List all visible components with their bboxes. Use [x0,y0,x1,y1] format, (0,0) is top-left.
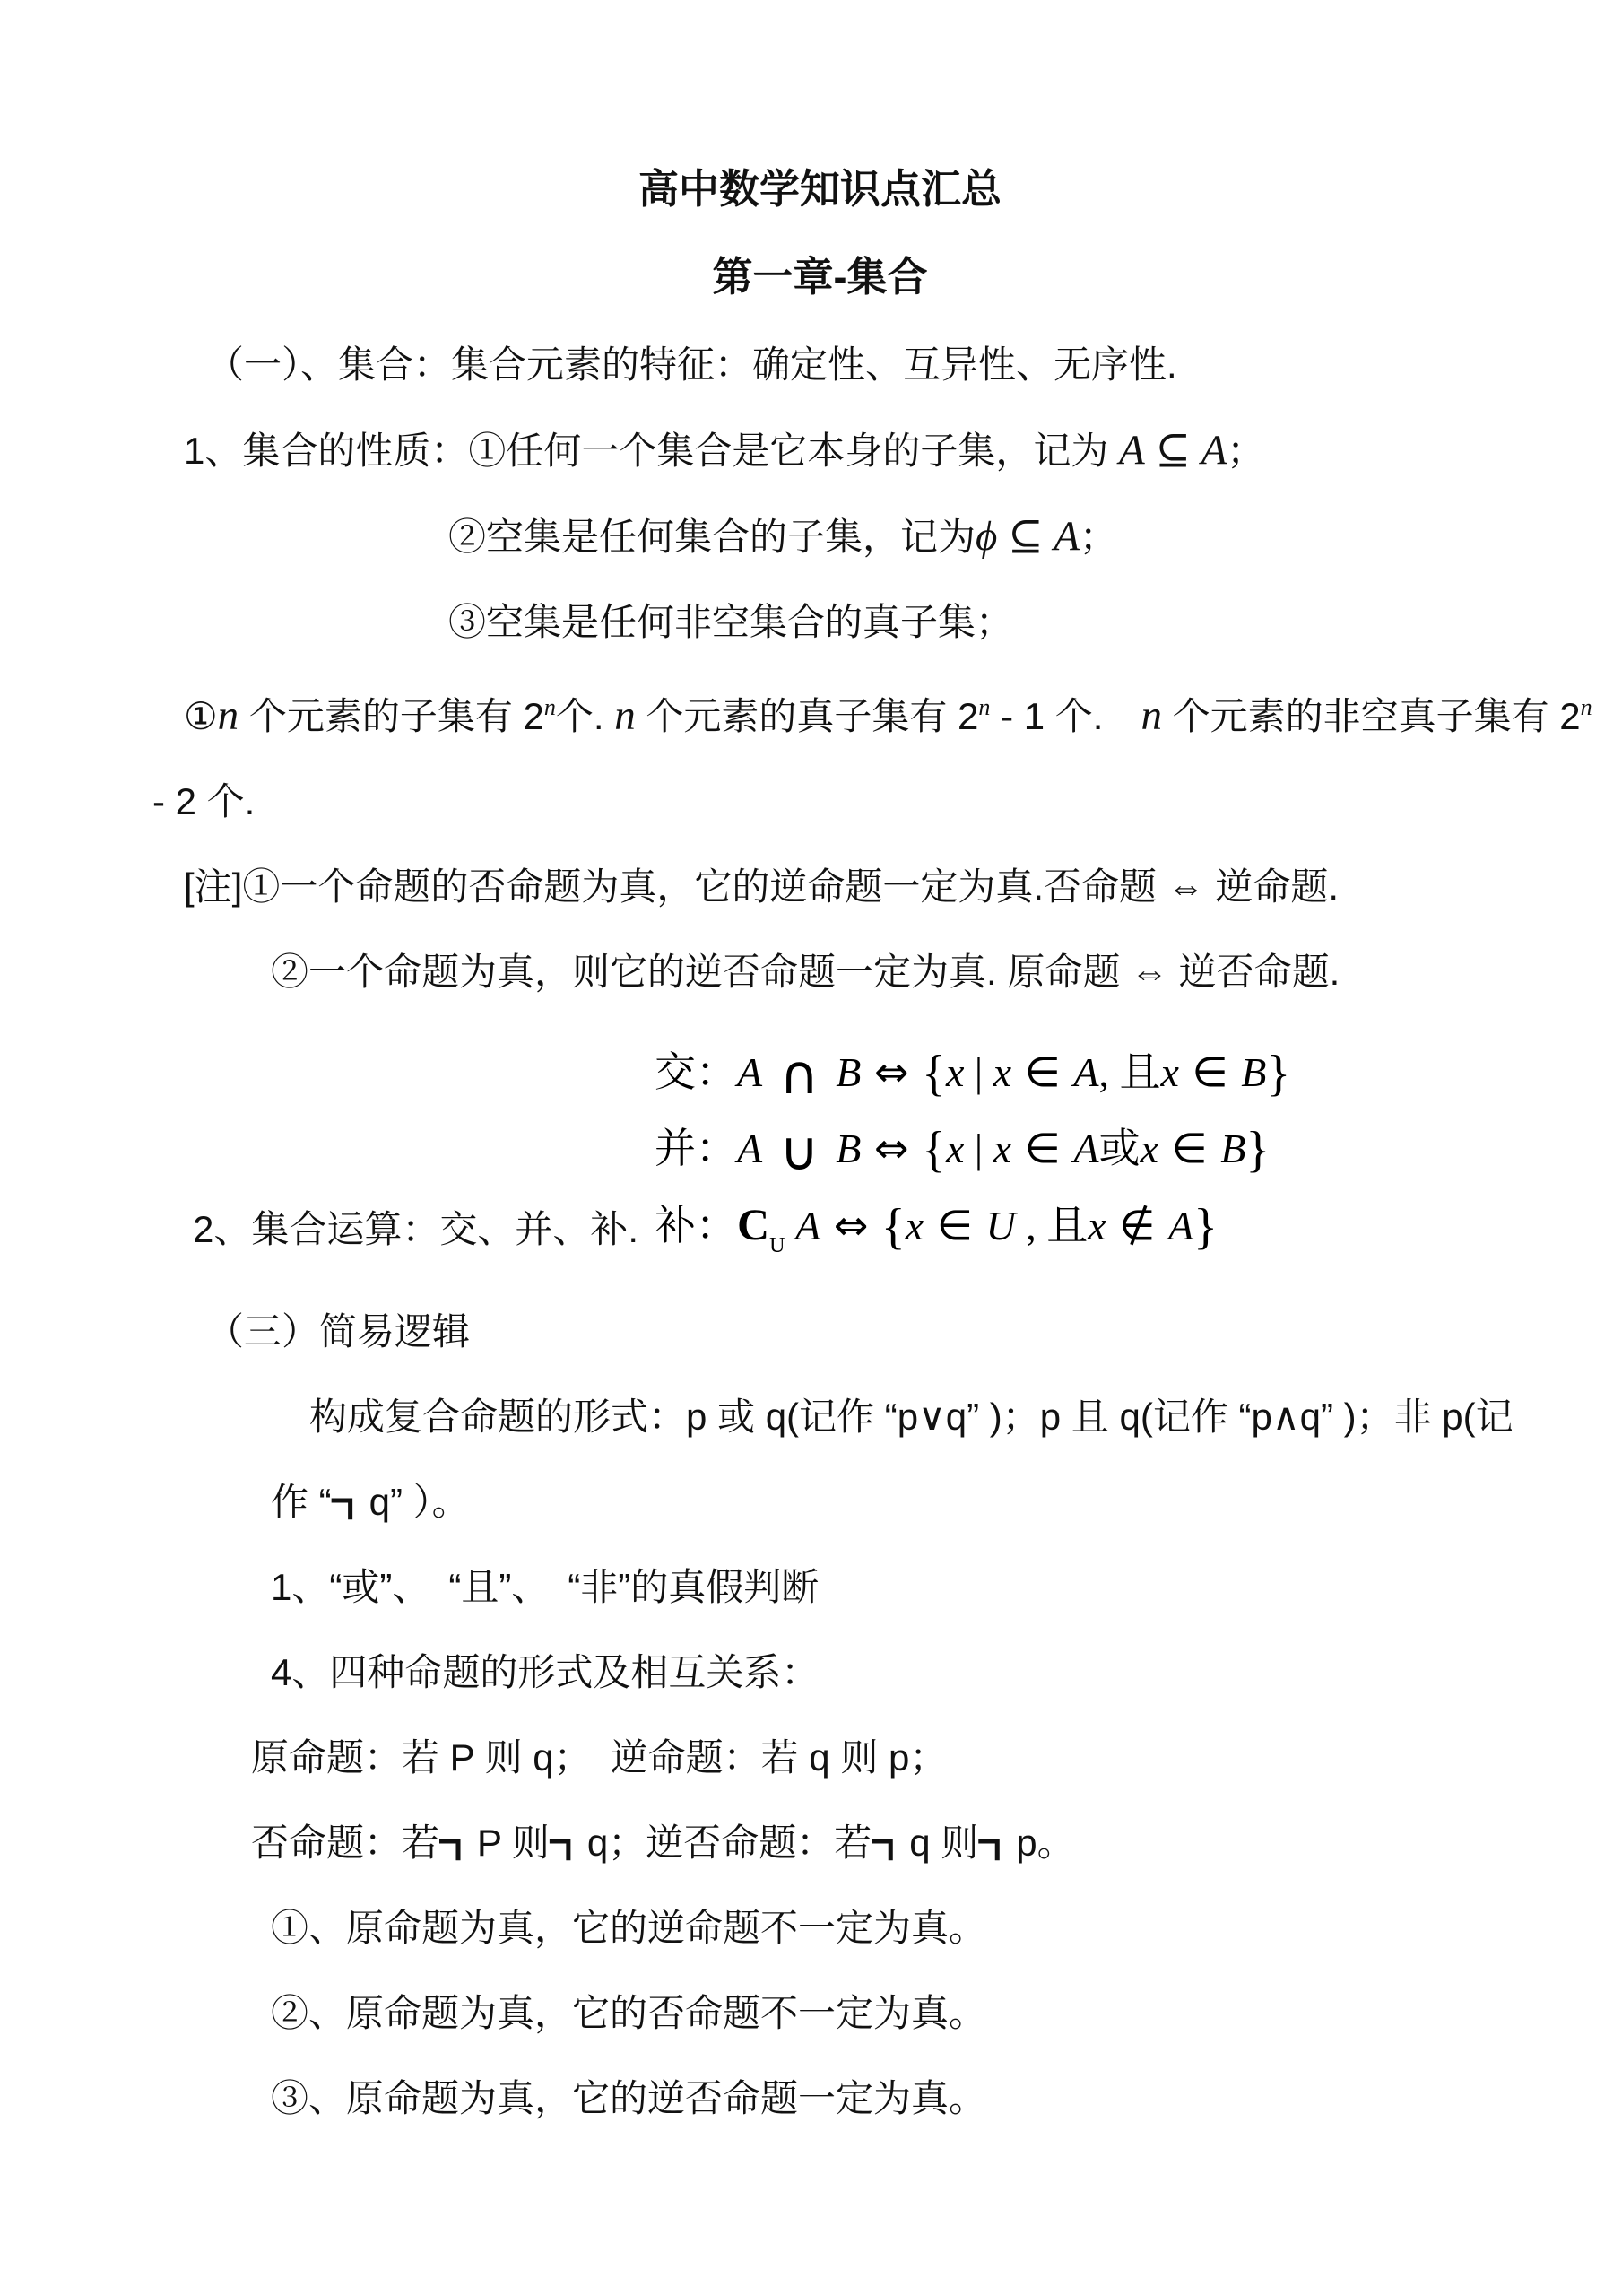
paragraph-subset-counts: ①n 个元素的子集有 2n个. n 个元素的真子集有 2n - 1 个. n 个… [117,684,1523,740]
paragraph-note-1: [注]①一个命题的否命题为真，它的逆命题一定为真.否命题 ⇔ 逆命题. [117,864,1523,910]
paragraph-set-property-2: ②空集是任何集合的子集，记为ϕ ⊆ A； [117,513,1523,561]
paragraph-original-converse: 原命题：若 P 则 q； 逆命题：若 q 则 p； [117,1735,1523,1781]
paragraph-negative-contrapositive: 否命题：若┓P 则┓q；逆否命题：若┓q 则┓p。 [117,1820,1523,1866]
paragraph-four-propositions: 4、四种命题的形式及相互关系： [117,1649,1523,1696]
set-operations-formulas: 交：A ∩ B ⇔ {x | x ∈ A, 且x ∈ B} 并：A ∪ B ⇔ … [655,1034,1290,1283]
document-page: 高中数学知识点汇总 第一章-集合 （一）、集合：集合元素的特征：确定性、互异性、… [0,0,1622,2296]
paragraph-truth-judgement: 1、“或”、 “且”、 “非”的真假判断 [117,1564,1523,1611]
paragraph-compound-forms: 构成复合命题的形式：p 或 q(记作 “p∨q” )；p 且 q(记作 “p∧q… [117,1394,1523,1440]
paragraph-conclusion-2: ②、原命题为真，它的否命题不一定为真。 [117,1990,1523,2037]
paragraph-note-2: ②一个命题为真，则它的逆否命题一定为真. 原命题 ⇔ 逆否命题. [117,949,1523,996]
formula-complement: 补：CU A ⇔ {x ∈ U , 且x ∉ A} [655,1187,1290,1283]
paragraph-set-property-3: ③空集是任何非空集合的真子集； [117,599,1523,646]
formula-union: 并：A ∪ B ⇔ {x | x ∈ A或x ∈ B} [655,1110,1290,1187]
set-operations-label: 2、集合运算：交、并、补. [193,1206,638,1253]
paragraph-subset-counts-cont: - 2 个. [117,778,1523,825]
chapter-title: 第一章-集合 [117,254,1523,300]
formula-intersection: 交：A ∩ B ⇔ {x | x ∈ A, 且x ∈ B} [655,1034,1290,1110]
paragraph-conclusion-1: ①、原命题为真，它的逆命题不一定为真。 [117,1905,1523,1952]
paragraph-set-features: （一）、集合：集合元素的特征：确定性、互异性、无序性. [117,342,1523,388]
document-title: 高中数学知识点汇总 [117,166,1523,213]
paragraph-conclusion-3: ③、原命题为真，它的逆否命题一定为真。 [117,2075,1523,2122]
paragraph-compound-forms-cont: 作 “┓q” ）。 [117,1479,1523,1526]
set-operations-block: 2、集合运算：交、并、补. 交：A ∩ B ⇔ {x | x ∈ A, 且x ∈… [117,1034,1523,1283]
section-heading-logic: （三）简易逻辑 [117,1309,1523,1355]
paragraph-set-property-1: 1、集合的性质：①任何一个集合是它本身的子集，记为 A ⊆ A； [117,427,1523,474]
